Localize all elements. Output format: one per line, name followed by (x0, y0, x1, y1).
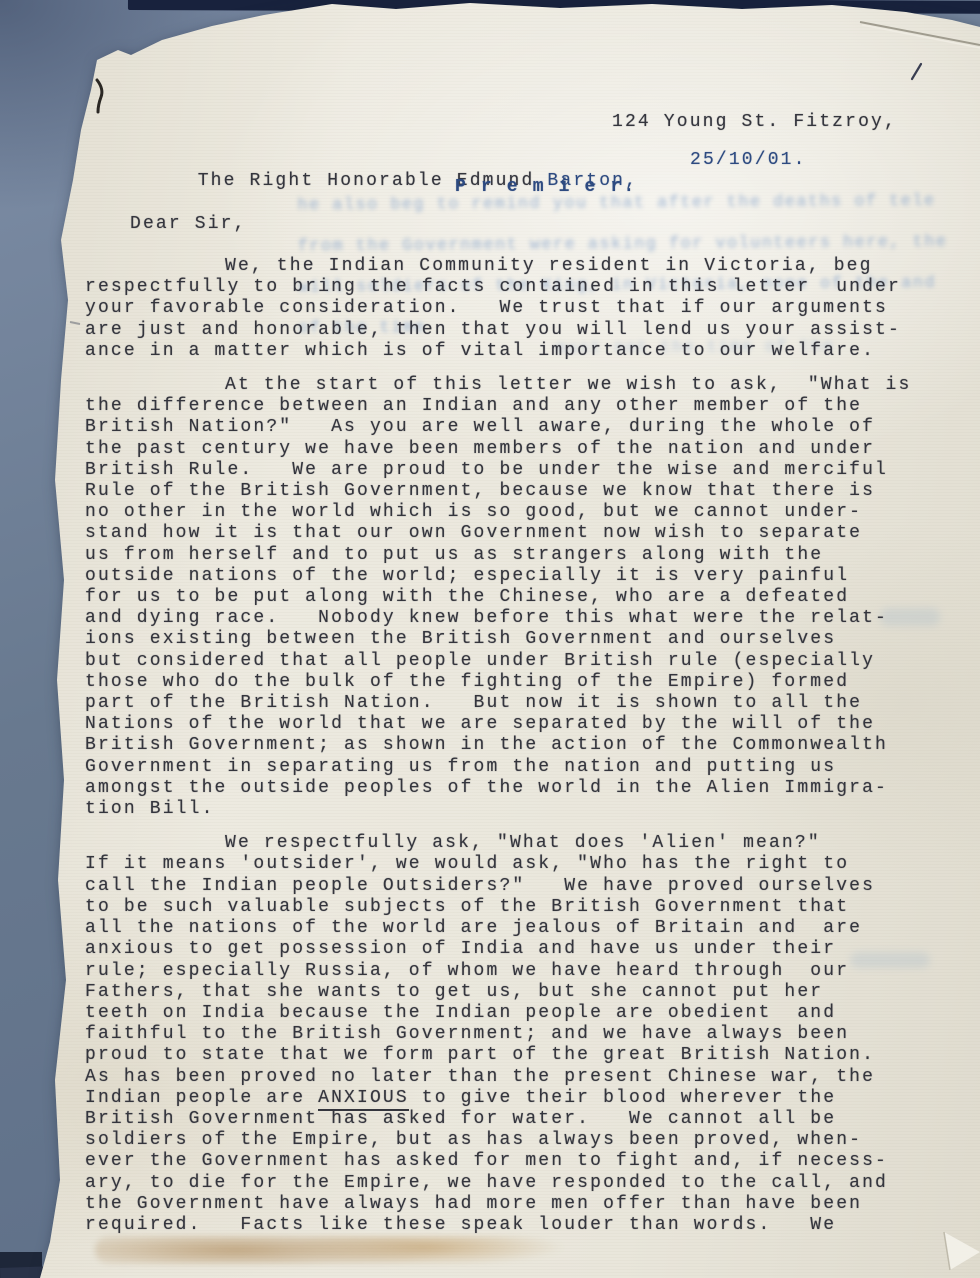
bleed-line: from the Government were asking for volu… (298, 232, 948, 256)
crease-top-right-highlight (862, 25, 980, 48)
sender-address: 124 Young St. Fitzroy, (612, 112, 897, 133)
underlined-word-anxious: ANXIOUS (318, 1088, 409, 1111)
recipient-title: P r e m i e r. (455, 177, 636, 198)
letter-paper: he also beg to remind you that after the… (0, 0, 980, 1278)
scanned-letter-page: { "page": { "description": "Scan of a ty… (0, 0, 980, 1278)
crease-bottom-right-edge (944, 1232, 950, 1270)
paragraph-3-pre: We respectfully ask, "What does 'Alien' … (85, 833, 875, 1107)
paragraph-2: At the start of this letter we wish to a… (85, 375, 965, 820)
letter-body: We, the Indian Community resident in Vic… (85, 256, 965, 1236)
salutation: Dear Sir, (130, 214, 247, 235)
crease-bottom-right (944, 1232, 980, 1270)
paragraph-1: We, the Indian Community resident in Vic… (85, 256, 965, 362)
pen-tick-top-right (912, 64, 921, 79)
stain-yellow-left-edge (0, 392, 26, 444)
crease-left-edge-2 (0, 524, 34, 525)
letter-date: 25/10/01. (690, 150, 807, 171)
pen-stroke-top-left (97, 80, 102, 112)
pen-stroke-left-edge (47, 120, 50, 140)
paragraph-3-post: to give their blood wherever the British… (85, 1088, 888, 1235)
stain-brown-top-left (40, 60, 62, 140)
crease-top-right (860, 22, 980, 45)
paper-shadow-wrap: he also beg to remind you that after the… (0, 0, 980, 1278)
crease-left-edge (0, 516, 44, 518)
stain-yellow-left-edge-2 (0, 842, 16, 882)
paragraph-3: We respectfully ask, "What does 'Alien' … (85, 833, 965, 1236)
mark-left-margin (70, 322, 80, 324)
stain-bottom-brown (95, 1236, 565, 1264)
